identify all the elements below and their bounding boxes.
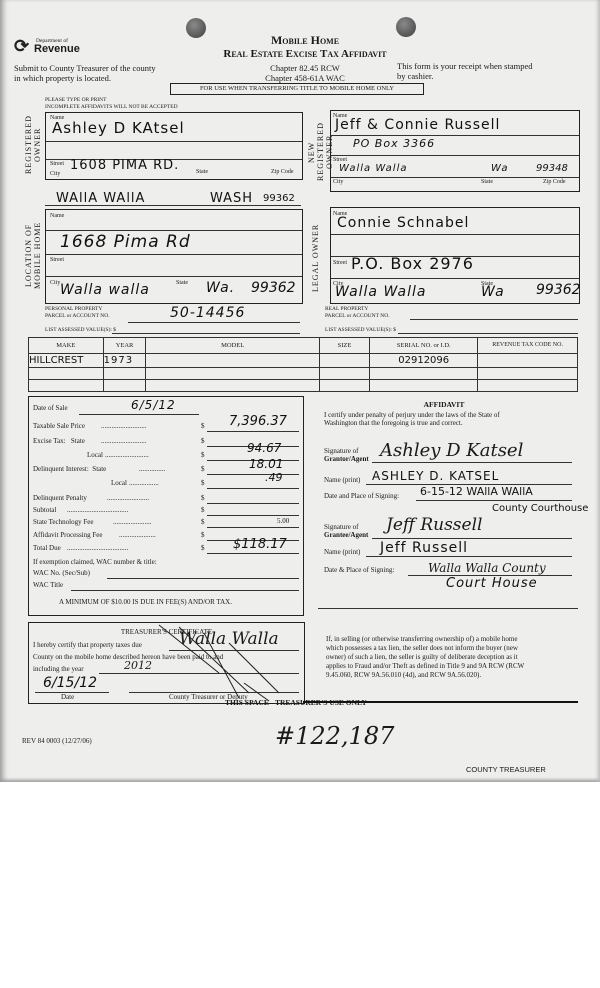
new-owner-po-box[interactable]: PO Box 3366 xyxy=(353,137,435,150)
total-due[interactable]: $118.17 xyxy=(233,537,287,552)
grantor-name-print[interactable]: ASHLEY D. KATSEL xyxy=(372,469,499,483)
receipt-number: #122,187 xyxy=(275,722,394,750)
assessed-label-left: LIST ASSESSED VALUE(S): $ xyxy=(45,327,116,333)
mobile-home-table: MAKE YEAR MODEL SIZE SERIAL NO. or I.D. … xyxy=(28,337,578,392)
delinquent-interest-local[interactable]: .49 xyxy=(265,471,283,484)
grantor-signature-label: Signature of Grantor/Agent xyxy=(324,447,369,463)
treasurer-date[interactable]: 6/15/12 xyxy=(43,675,97,691)
grantee-place-1[interactable]: Walla Walla County xyxy=(428,561,546,575)
table-row: HILLCREST 1973 02912096 xyxy=(29,354,578,368)
page-title: Mobile Home Real Estate Excise Tax Affid… xyxy=(200,33,410,83)
location-city[interactable]: Walla walla xyxy=(60,282,150,298)
legal-owner-state[interactable]: Wa xyxy=(481,284,505,300)
registered-owner-box: Name Ashley D KAtsel Street 1608 PIMA RD… xyxy=(45,112,303,180)
grantee-signature-label: Signature of Grantee/Agent xyxy=(324,523,368,539)
scanned-form-page: ⟳ Department of Revenue Submit to County… xyxy=(0,0,600,782)
affidavit-section: AFFIDAVIT I certify under penalty of per… xyxy=(310,400,578,427)
new-owner-zip[interactable]: 99348 xyxy=(536,163,568,174)
personal-parcel-value[interactable]: 50-14456 xyxy=(170,305,245,321)
tech-fee-value: 5.00 xyxy=(277,517,289,525)
table-row xyxy=(29,380,578,392)
registered-owner-city[interactable]: WAllA WAllA xyxy=(56,191,145,206)
legal-owner-street[interactable]: P.O. Box 2976 xyxy=(351,254,474,273)
county-treasurer-label: COUNTY TREASURER xyxy=(466,765,546,774)
location-box: Name 1668 Pima Rd Street City Walla wall… xyxy=(45,209,303,304)
table-header-row: MAKE YEAR MODEL SIZE SERIAL NO. or I.D. … xyxy=(29,338,578,354)
minimum-note: A MINIMUM OF $10.00 IS DUE IN FEE(S) AND… xyxy=(59,598,232,606)
new-owner-city[interactable]: Walla Walla xyxy=(339,163,408,174)
date-of-sale[interactable]: 6/5/12 xyxy=(131,398,176,412)
legal-owner-name[interactable]: Connie Schnabel xyxy=(337,215,469,231)
registered-owner-street[interactable]: 1608 PIMA RD. xyxy=(70,158,179,173)
registered-owner-zip[interactable]: 99362 xyxy=(263,193,295,204)
real-parcel-label: REAL PROPERTY PARCEL or ACCOUNT NO. xyxy=(325,306,390,320)
taxable-sale-price[interactable]: 7,396.37 xyxy=(229,414,287,429)
grantee-place-2[interactable]: Court House xyxy=(446,576,538,591)
treasurer-year[interactable]: 2012 xyxy=(124,659,152,672)
wac-number-field[interactable] xyxy=(107,578,299,579)
receipt-note: This form is your receipt when stamped b… xyxy=(397,61,533,81)
type-note: PLEASE TYPE OR PRINT INCOMPLETE AFFIDAVI… xyxy=(45,97,178,111)
registered-owner-label: REGISTEREDOWNER xyxy=(24,112,42,178)
form-number: REV 84 0003 (12/27/06) xyxy=(22,737,92,745)
treasurer-certificate-box: TREASURER'S CERTIFICATE I hereby certify… xyxy=(28,622,305,704)
new-owner-state[interactable]: Wa xyxy=(491,163,508,174)
real-parcel-field[interactable] xyxy=(410,319,578,320)
assessed-label-right: LIST ASSESSED VALUE(S): $ xyxy=(325,327,396,333)
new-registered-owner-box: Name Jeff & Connie Russell PO Box 3366 S… xyxy=(330,110,580,192)
wac-title-field[interactable] xyxy=(71,590,299,591)
revenue-logo: ⟳ Department of Revenue xyxy=(14,36,29,57)
registered-owner-state[interactable]: WASH xyxy=(210,191,253,206)
legal-owner-label: LEGAL OWNER xyxy=(311,210,320,305)
legal-owner-city[interactable]: Walla Walla xyxy=(335,284,426,300)
location-zip[interactable]: 99362 xyxy=(251,280,296,296)
legal-owner-zip[interactable]: 99362 xyxy=(536,282,581,298)
location-label: LOCATION OFMOBILE HOME xyxy=(24,210,42,300)
grantor-place-2[interactable]: County Courthouse xyxy=(492,503,592,514)
treasurer-scribble-signature xyxy=(149,623,289,703)
grantor-date-place[interactable]: 6-15-12 WAllA WAllA xyxy=(420,485,533,498)
legal-owner-box: Name Connie Schnabel Street P.O. Box 297… xyxy=(330,207,580,304)
transfer-banner: FOR USE WHEN TRANSFERRING TITLE TO MOBIL… xyxy=(170,83,424,95)
logo-icon: ⟳ xyxy=(14,36,29,56)
delinquent-interest-state[interactable]: 18.01 xyxy=(249,457,283,471)
grantee-signature[interactable]: Jeff Russell xyxy=(386,515,482,535)
treasurer-use-heading: THIS SPACE - TREASURER'S USE ONLY xyxy=(225,698,367,707)
location-state[interactable]: Wa. xyxy=(206,280,235,296)
grantor-signature[interactable]: Ashley D Katsel xyxy=(380,440,523,461)
personal-parcel-label: PERSONAL PROPERTY PARCEL or ACCOUNT NO. xyxy=(45,306,110,320)
grantee-name-print[interactable]: Jeff Russell xyxy=(380,540,468,556)
table-row xyxy=(29,368,578,380)
location-address[interactable]: 1668 Pima Rd xyxy=(60,232,191,252)
submit-note: Submit to County Treasurer of the county… xyxy=(14,63,156,83)
tax-computation-box: Date of Sale 6/5/12 Taxable Sale Price .… xyxy=(28,396,304,616)
registered-owner-name[interactable]: Ashley D KAtsel xyxy=(52,119,185,137)
new-owner-name[interactable]: Jeff & Connie Russell xyxy=(335,117,500,133)
excise-local[interactable]: 94.67 xyxy=(247,441,281,455)
lien-notice: If, in selling (or otherwise transferrin… xyxy=(326,635,524,680)
